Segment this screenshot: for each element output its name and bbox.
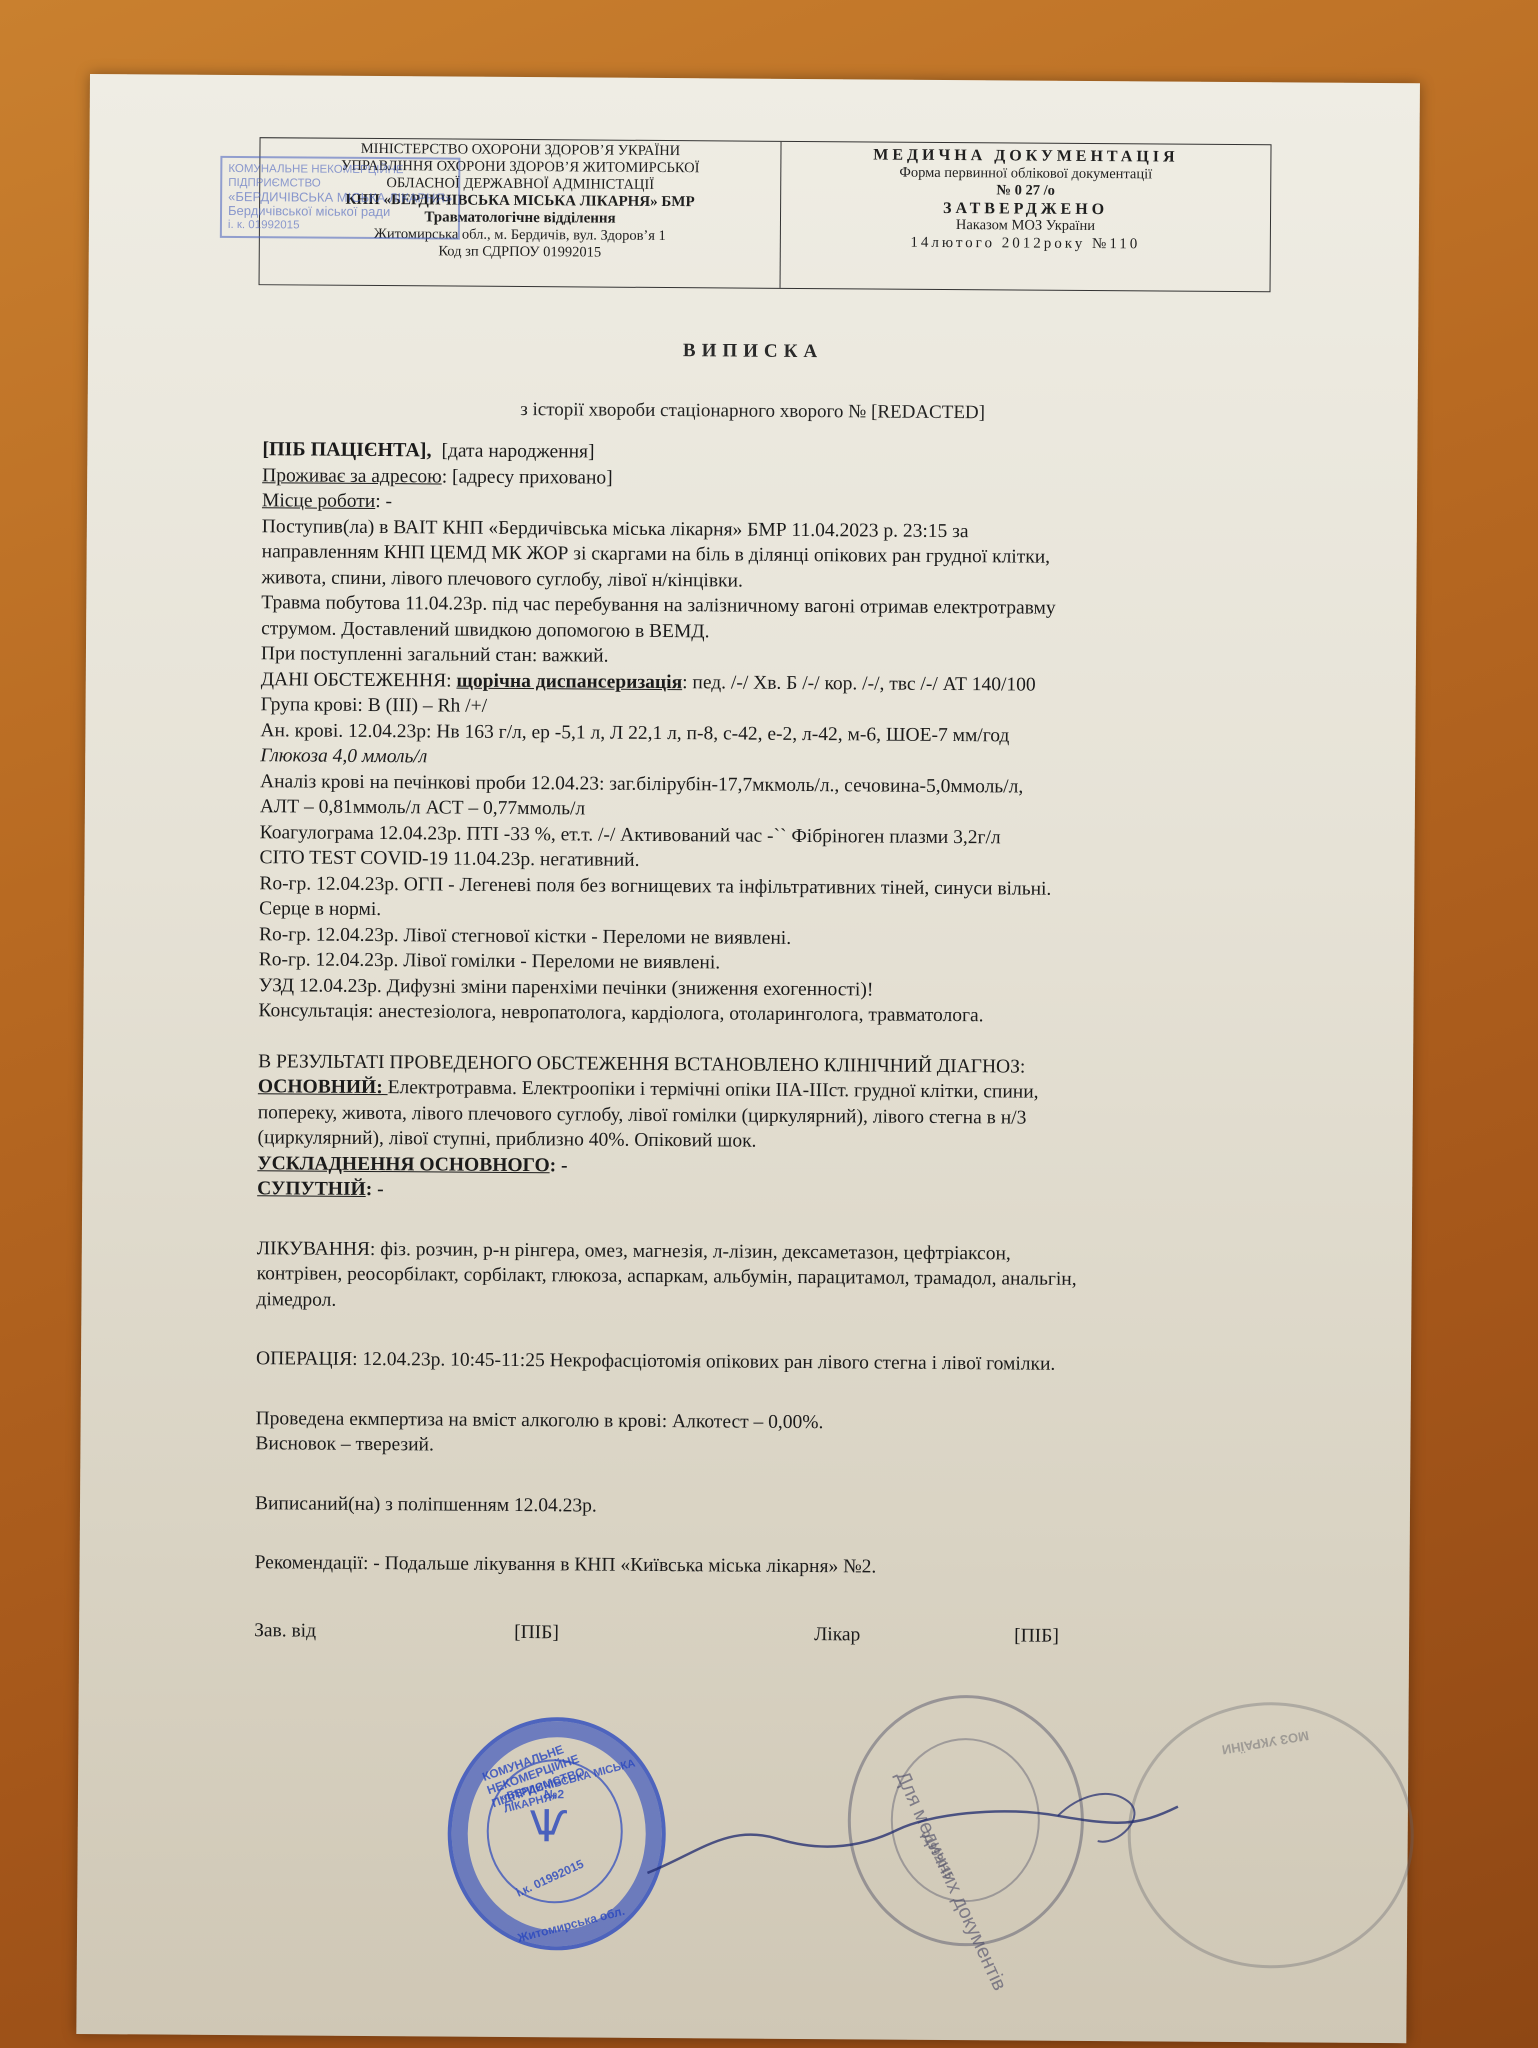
patient-name: [ПІБ ПАЦІЄНТА] [262, 438, 426, 461]
document-title: ВИПИСКА [88, 336, 1418, 367]
document-page: МІНІСТЕРСТВО ОХОРОНИ ЗДОРОВ’Я УКРАЇНИ УП… [76, 74, 1420, 2043]
stamp-region: Житомирська обл. [516, 1904, 626, 1945]
trident-icon: Ѱ [530, 1801, 568, 1852]
round-blue-stamp: КОМУНАЛЬНЕ НЕКОМЕРЦІЙНЕ ПІДПРИЄМСТВО «БЕ… [447, 1717, 667, 1952]
institution-block: МІНІСТЕРСТВО ОХОРОНИ ЗДОРОВ’Я УКРАЇНИ УП… [260, 138, 782, 288]
work-value: : - [375, 491, 392, 512]
stamp-line: КОМУНАЛЬНЕ НЕКОМЕРЦІЙНЕ ПІДПРИЄМСТВО [228, 162, 452, 192]
main-diagnosis-text: Електротравма. Електроопіки і термічні о… [388, 1077, 1039, 1103]
stamp-number: №2 [544, 1787, 564, 1801]
work-label: Місце роботи [262, 490, 375, 512]
exam-values: : пед. /-/ Хв. Б /-/ кор. /-/, твс /-/ А… [682, 672, 1036, 695]
stamp-code: і.к. 01992015 [514, 1857, 586, 1900]
document-header: МІНІСТЕРСТВО ОХОРОНИ ЗДОРОВ’Я УКРАЇНИ УП… [259, 137, 1272, 292]
stamp-text: МОЗ УКРАЇНИ [1221, 1728, 1310, 1757]
document-body: [ПІБ ПАЦІЄНТА], [дата народження] Прожив… [254, 437, 1312, 1650]
handwritten-signature [637, 1783, 1198, 1887]
stamp-text: «БЕРДИЧІВСЬКА МІСЬКА ЛІКАРНЯ» [500, 1751, 663, 1815]
stamp-line: Бердичівської міської ради [228, 204, 452, 220]
doctor-label: Лікар [814, 1622, 1014, 1649]
stamp-line: і. к. 01992015 [228, 218, 452, 234]
main-diagnosis-label: ОСНОВНИЙ: [258, 1076, 388, 1098]
stamp-inner-ring [890, 1738, 1040, 1903]
complications-label: УСКЛАДНЕННЯ ОСНОВНОГО [257, 1153, 549, 1176]
doctor-name: [ПІБ] [1014, 1623, 1059, 1649]
head-of-department-label: Зав. від [254, 1618, 514, 1645]
patient-dob: [дата народження] [441, 440, 594, 462]
address-label: Проживає за адресою [262, 465, 442, 487]
form-info-block: МЕДИЧНА ДОКУМЕНТАЦІЯ Форма первинної обл… [781, 142, 1271, 291]
head-of-department-name: [ПІБ] [514, 1619, 814, 1647]
address-value: : [адресу приховано] [442, 466, 613, 488]
stamp-text: КОМУНАЛЬНЕ НЕКОМЕРЦІЙНЕ ПІДПРИЄМСТВО [480, 1710, 664, 1810]
edrpou-code: Код зп СДРПОУ 01992015 [260, 242, 780, 263]
faded-stamp: МОЗ УКРАЇНИ [1127, 1701, 1415, 1969]
stamp-text: Для медичних документів [890, 1768, 1010, 1995]
order-date: 14лютого 2012року №110 [781, 233, 1270, 254]
document-subtitle: з історії хвороби стаціонарного хворого … [88, 396, 1418, 427]
exam-label: ДАНІ ОБСТЕЖЕННЯ: [261, 669, 457, 691]
stamp-inner-ring [486, 1759, 623, 1904]
round-gray-stamp: Для медичних документів 01992015 [847, 1694, 1085, 1947]
annual-checkup-label: щорічна диспансеризація [456, 670, 682, 693]
concomitant-value: : - [366, 1179, 384, 1200]
concomitant-label: СУПУТНІЙ [257, 1178, 366, 1200]
signature-row: Зав. від [ПІБ] Лікар [ПІБ] [254, 1618, 1304, 1651]
stamp-code: 01992015 [918, 1828, 957, 1881]
rectangular-blue-stamp: КОМУНАЛЬНЕ НЕКОМЕРЦІЙНЕ ПІДПРИЄМСТВО «БЕ… [220, 156, 461, 240]
complications-value: : - [550, 1155, 568, 1176]
